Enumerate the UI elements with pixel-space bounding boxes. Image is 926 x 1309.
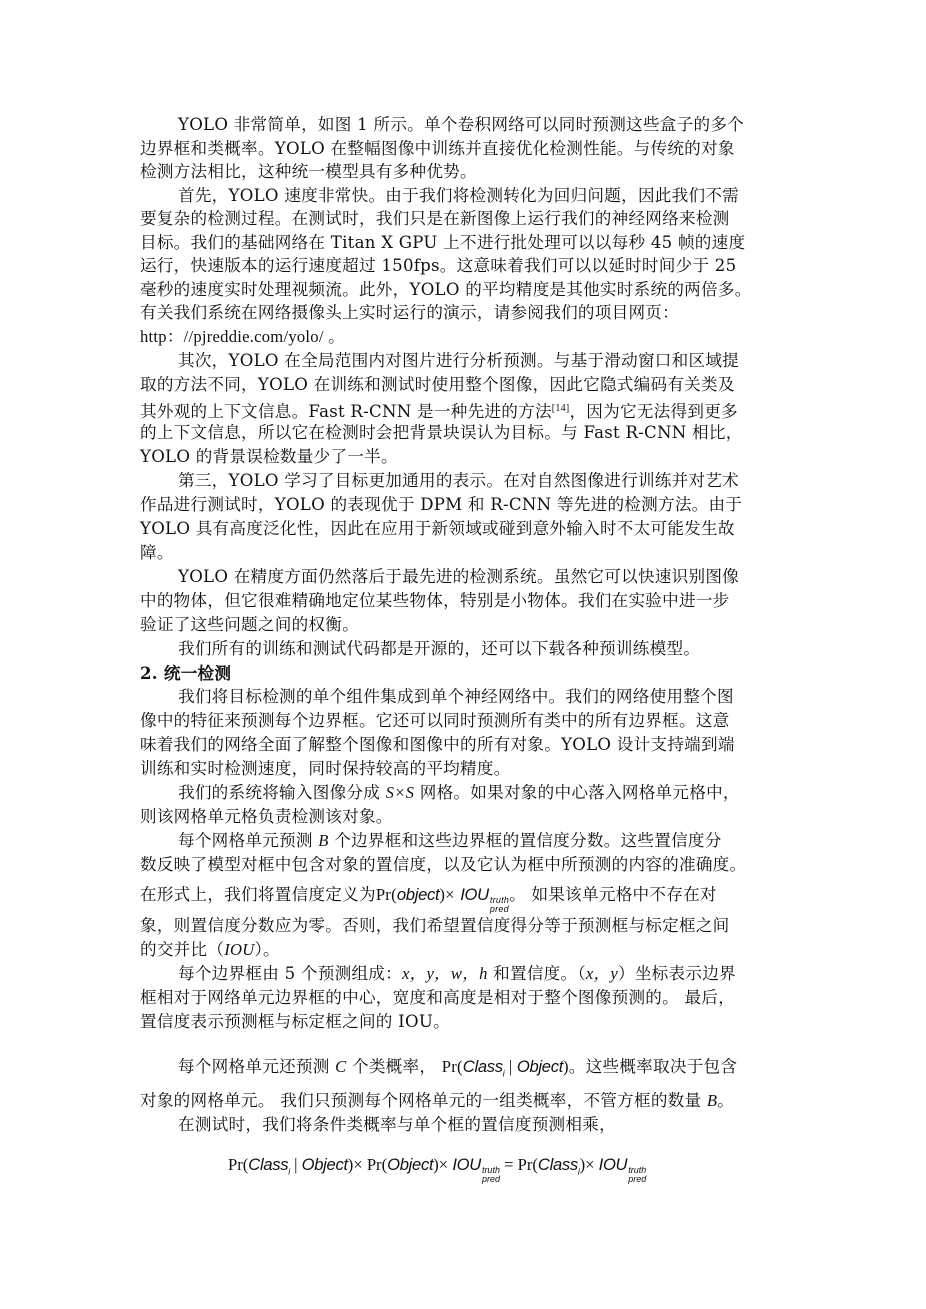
paragraph-line: 其外观的上下文信息。Fast R-CNN 是一种先进的方法[14]，因为它无法得… [140, 397, 738, 421]
paragraph-line: 中的物体，但它很难精确地定位某些物体，特别是小物体。我们在实验中进一步 [140, 589, 730, 613]
math-text: )× [433, 1155, 452, 1174]
math-supsub: truthpred [490, 896, 509, 914]
math-var: S×S [386, 783, 415, 802]
text-span: ）坐标表示边界 [618, 964, 736, 983]
paragraph-line: 在测试时，我们将条件类概率与单个框的置信度预测相乘， [178, 1113, 616, 1137]
paragraph-line: 其次，YOLO 在全局范围内对图片进行分析预测。与基于滑动窗口和区域提 [178, 349, 739, 373]
text-span: 在形式上，我们将置信度定义为 [140, 885, 376, 904]
text-span: 网格。如果对象的中心落入网格单元格中， [414, 783, 740, 802]
text-span: 。这些概率取决于包含 [569, 1057, 737, 1076]
text-span: 我们的系统将输入图像分成 [178, 783, 386, 802]
text-span: 个类概率， [346, 1057, 441, 1076]
math-var: x，y，w，h [402, 964, 488, 983]
math-var: Class [248, 1155, 288, 1174]
math-var: Class [538, 1155, 578, 1174]
paragraph-line: 首先，YOLO 速度非常快。由于我们将检测转化为回归问题，因此我们不需 [178, 184, 739, 208]
paragraph-line: 对象的网格单元。 我们只预测每个网格单元的一组类概率，不管方框的数量 B。 [140, 1089, 734, 1113]
paragraph-line: 每个网格单元还预测 C 个类概率， Pr(Classi | Object)。这些… [178, 1055, 737, 1079]
paragraph-line: 置信度表示预测框与标定框之间的 IOU。 [140, 1010, 450, 1034]
math-text: | [504, 1057, 516, 1076]
text-span: 。 如果该单元格中不存在对 [509, 885, 717, 904]
paragraph-line: 第三，YOLO 学习了目标更加通用的表示。在对自然图像进行训练并对艺术 [178, 469, 739, 493]
math-var: B [707, 1091, 717, 1110]
paragraph-line: 我们所有的训练和测试代码都是开源的，还可以下载各种预训练模型。 [178, 637, 700, 661]
text-span: ，因为它无法得到更多 [569, 402, 737, 421]
math-sub: pred [482, 1175, 500, 1184]
paragraph-line: 象，则置信度分数应为零。否则，我们希望置信度得分等于预测框与标定框之间 [140, 914, 730, 938]
paragraph-line: 边界框和类概率。YOLO 在整幅图像中训练并直接优化检测性能。与传统的对象 [140, 137, 735, 161]
paragraph-line: YOLO 的背景误检数量少了一半。 [140, 445, 398, 469]
paragraph-line: 数反映了模型对框中包含对象的置信度，以及它认为框中所预测的内容的准确度。 [140, 853, 746, 877]
text-span: 每个边界框由 5 个预测组成： [178, 964, 402, 983]
math-text: | [290, 1155, 302, 1174]
paragraph-line: 有关我们系统在网络摄像头上实时运行的演示，请参阅我们的项目网页： [140, 301, 679, 325]
math-var: Object [302, 1155, 348, 1174]
math-var: Object [387, 1155, 433, 1174]
paragraph-line: 的上下文信息，所以它在检测时会把背景块误认为目标。与 Fast R-CNN 相比… [140, 421, 743, 445]
text-span: 。 [717, 1091, 734, 1110]
paragraph-line: 检测方法相比，这种统一模型具有多种优势。 [140, 160, 477, 184]
math-text: = Pr( [500, 1155, 538, 1174]
paragraph-line: 障。 [140, 541, 174, 565]
math-supsub: truthpred [628, 1166, 646, 1184]
paragraph-line: 在形式上，我们将置信度定义为Pr(object)× IOUtruthpred。 … [140, 883, 717, 907]
text-span: 每个网格单元预测 [178, 831, 318, 850]
text-span: 对象的网格单元。 我们只预测每个网格单元的一组类概率，不管方框的数量 [140, 1091, 707, 1110]
math-text: )× Pr( [348, 1155, 387, 1174]
paragraph-line: 运行，快速版本的运行速度超过 150fps。这意味着我们可以以延时时间少于 25 [140, 254, 736, 278]
math-var: Object [517, 1057, 563, 1076]
paragraph-line: 我们将目标检测的单个组件集成到单个神经网络中。我们的网络使用整个图 [178, 685, 734, 709]
math-text: Pr( [376, 885, 397, 904]
paragraph-line: 训练和实时检测速度，同时保持较高的平均精度。 [140, 757, 511, 781]
paragraph-line: 毫秒的速度实时处理视频流。此外，YOLO 的平均精度是其他实时系统的两倍多。 [140, 278, 752, 302]
math-var: object [397, 885, 439, 904]
text-span: 和置信度。（ [488, 964, 586, 983]
paragraph-line: 框相对于网络单元边界框的中心，宽度和高度是相对于整个图像预测的。 最后， [140, 986, 735, 1010]
math-text: Pr( [442, 1057, 463, 1076]
math-text: Pr( [228, 1155, 248, 1174]
math-var: x，y [586, 964, 618, 983]
text-span: ）。 [254, 940, 279, 959]
math-var: IOU [460, 885, 489, 904]
paragraph-line: 的交并比（IOU）。 [140, 938, 280, 962]
display-equation: Pr(Classi | Object)× Pr(Object)× IOUtrut… [228, 1153, 646, 1184]
section-heading: 2. 统一检测 [140, 661, 231, 685]
math-var: Class [463, 1057, 503, 1076]
math-sub: pred [628, 1175, 646, 1184]
paragraph-line: 取的方法不同，YOLO 在训练和测试时使用整个图像，因此它隐式编码有关类及 [140, 373, 735, 397]
paragraph-line: 每个边界框由 5 个预测组成：x，y，w，h 和置信度。（x，y）坐标表示边界 [178, 962, 736, 986]
paragraph-line: 作品进行测试时，YOLO 的表现优于 DPM 和 R-CNN 等先进的检测方法。… [140, 493, 742, 517]
paragraph-line: 要复杂的检测过程。在测试时，我们只是在新图像上运行我们的神经网络来检测 [140, 207, 730, 231]
math-text: )× [439, 885, 454, 904]
paragraph-line: YOLO 在精度方面仍然落后于最先进的检测系统。虽然它可以快速识别图像 [178, 565, 739, 589]
paragraph-line: YOLO 具有高度泛化性，因此在应用于新领域或碰到意外输入时不太可能发生故 [140, 517, 735, 541]
math-supsub: truthpred [482, 1166, 500, 1184]
paragraph-line: 则该网格单元格负责检测该对象。 [140, 805, 393, 829]
paragraph-line: 目标。我们的基础网络在 Titan X GPU 上不进行批处理可以以每秒 45 … [140, 231, 745, 255]
math-var: C [335, 1057, 346, 1076]
paragraph-line: 我们的系统将输入图像分成 S×S 网格。如果对象的中心落入网格单元格中， [178, 781, 740, 805]
project-url-link[interactable]: http：//pjreddie.com/yolo/ 。 [140, 325, 345, 349]
text-span: 每个网格单元还预测 [178, 1057, 335, 1076]
math-text: )× [580, 1155, 599, 1174]
paragraph-line: 味着我们的网络全面了解整个图像和图像中的所有对象。YOLO 设计支持端到端 [140, 733, 735, 757]
math-var: IOU [224, 940, 254, 959]
text-span: 其外观的上下文信息。Fast R-CNN 是一种先进的方法 [140, 402, 552, 421]
citation-ref[interactable]: [14] [552, 403, 570, 414]
text-span: 的交并比（ [140, 940, 224, 959]
math-sub: pred [490, 905, 509, 914]
paragraph-line: 像中的特征来预测每个边界框。它还可以同时预测所有类中的所有边界框。这意 [140, 709, 730, 733]
math-var: IOU [599, 1155, 628, 1174]
math-var: IOU [452, 1155, 481, 1174]
paragraph-line: 每个网格单元预测 B 个边界框和这些边界框的置信度分数。这些置信度分 [178, 829, 722, 853]
text-span: 个边界框和这些边界框的置信度分数。这些置信度分 [329, 831, 722, 850]
math-var: B [318, 831, 328, 850]
paragraph-line: 验证了这些问题之间的权衡。 [140, 613, 359, 637]
paragraph-line: YOLO 非常简单，如图 1 所示。单个卷积网络可以同时预测这些盒子的多个 [178, 113, 744, 137]
